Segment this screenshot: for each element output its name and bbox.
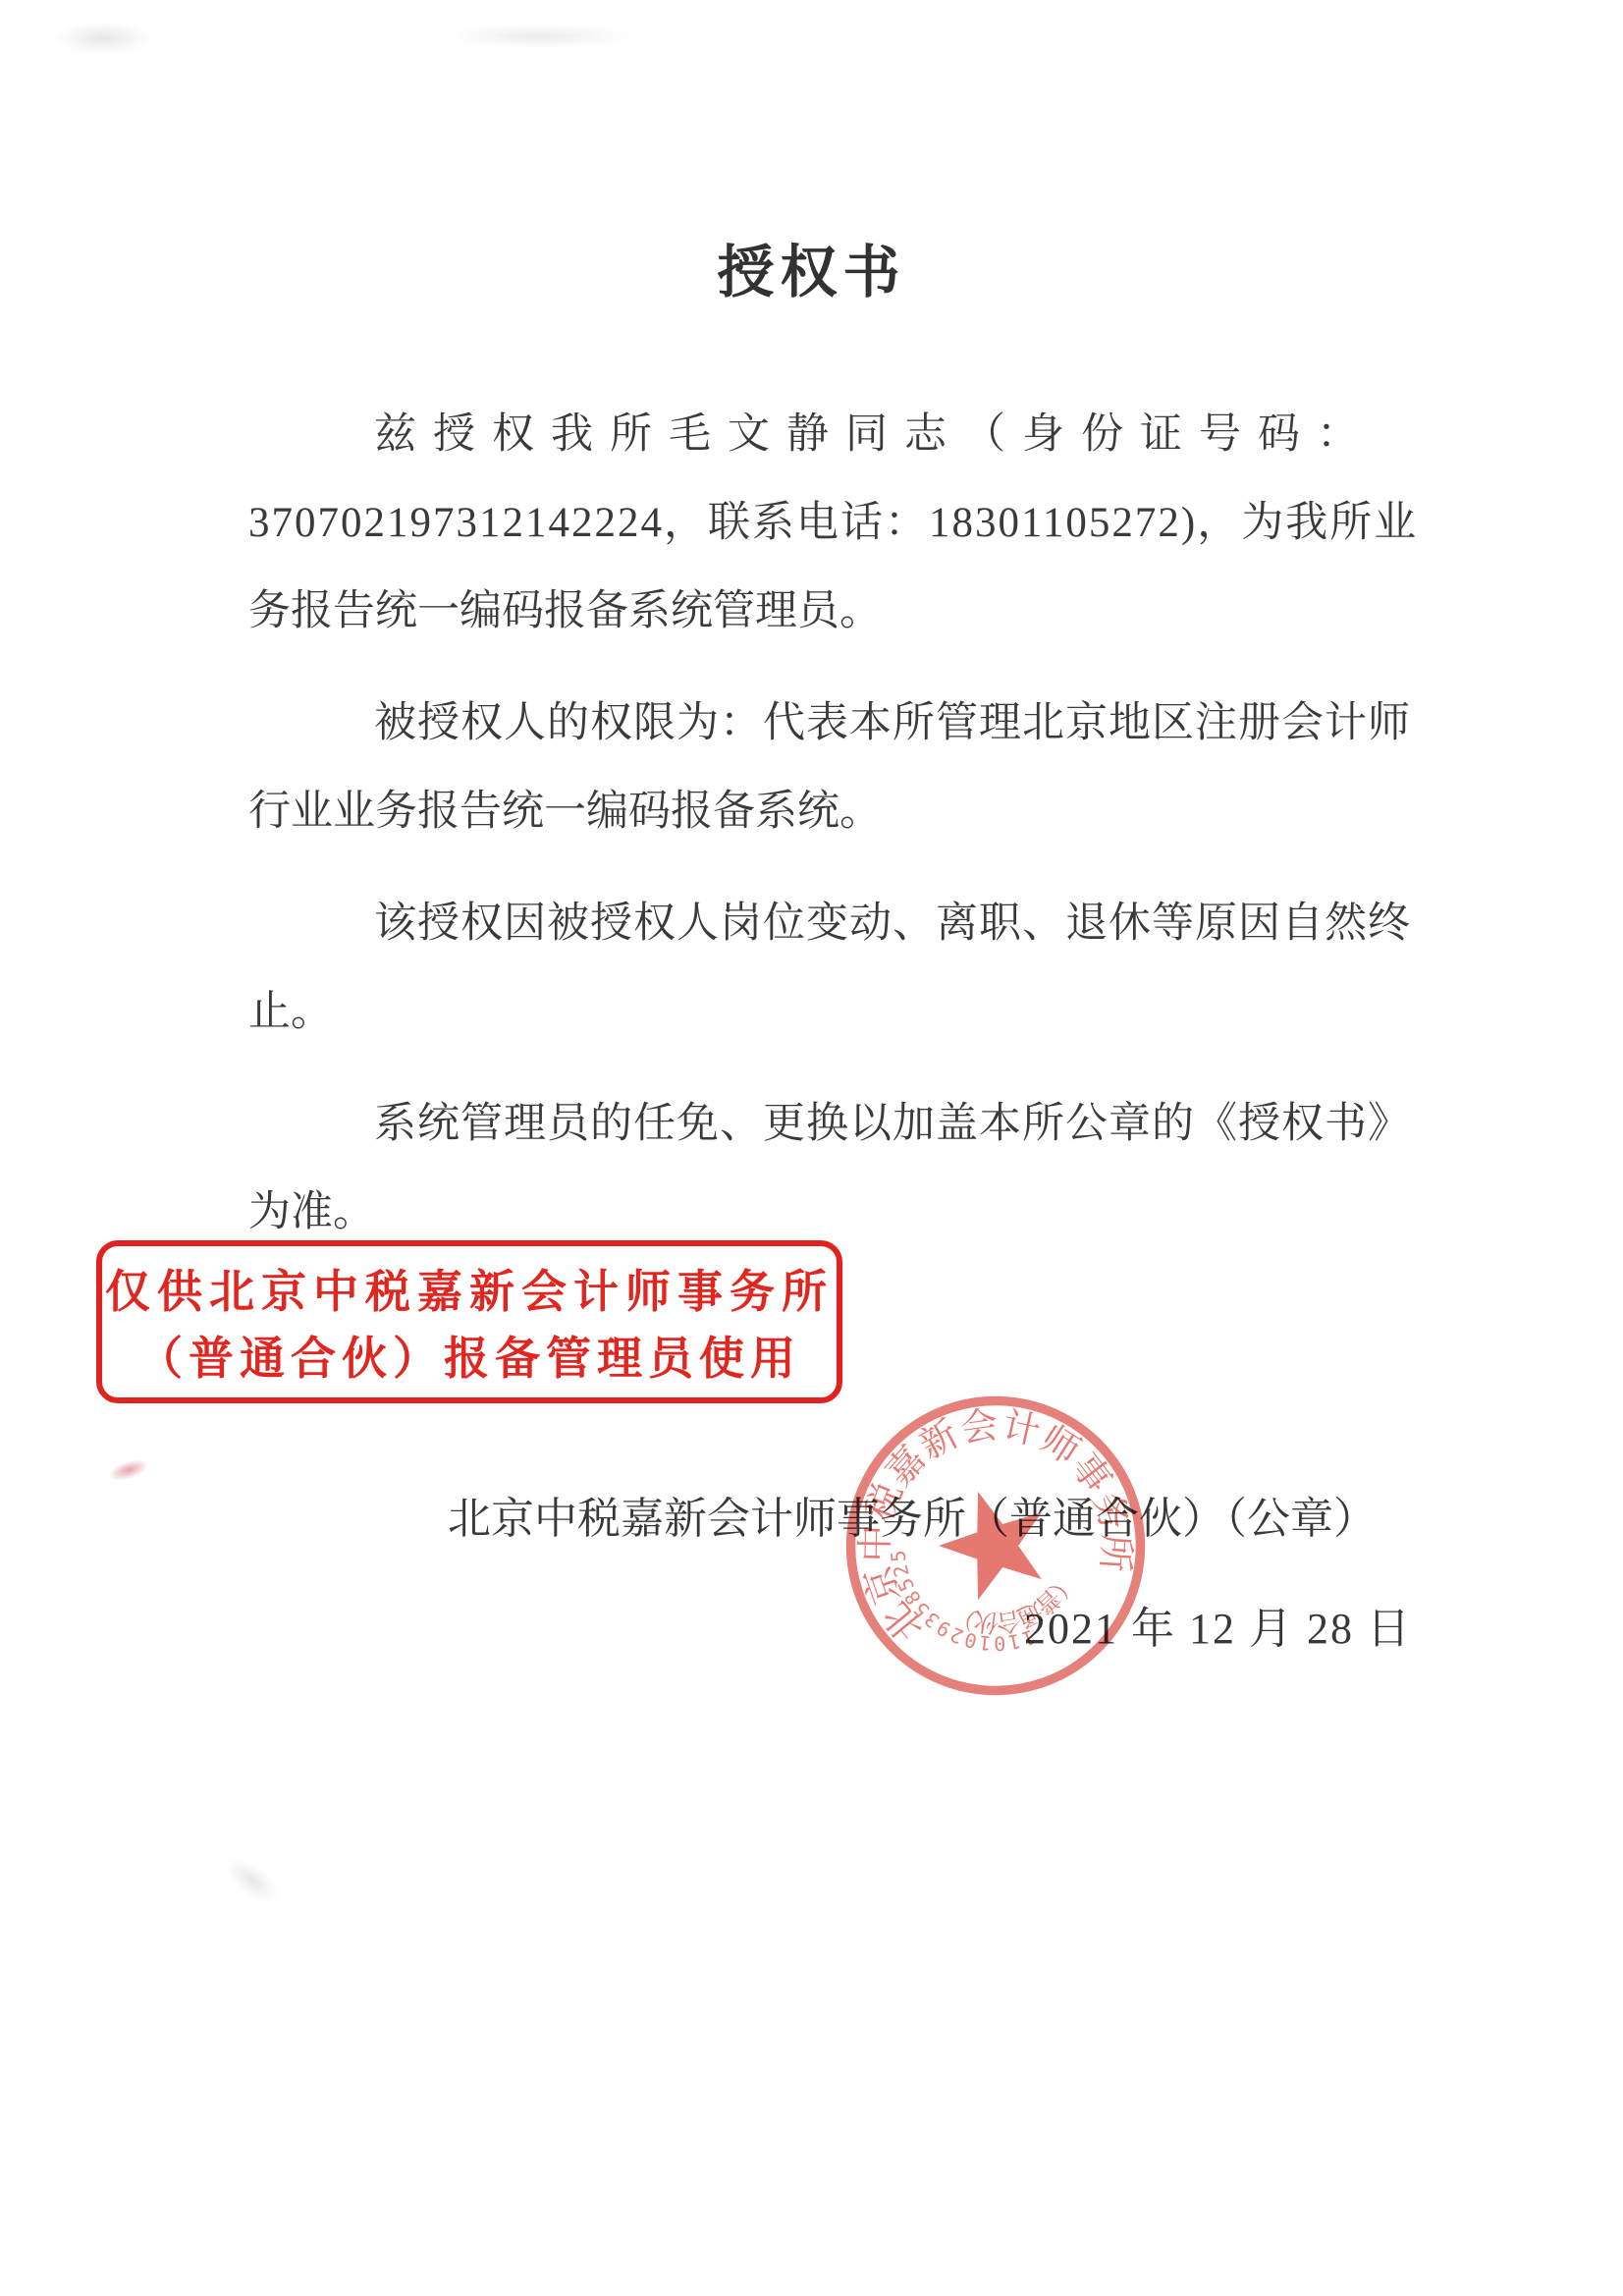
seal-star xyxy=(927,1475,1061,1607)
body-line: 止。 xyxy=(248,968,1380,1057)
company-seal: 北京中税嘉新会计师事务所 （普通合伙） 1101029358525 xyxy=(800,1350,1191,1741)
body-line: 行业业务报告统一编码报备系统。 xyxy=(248,768,1380,856)
scan-artifact-pink-smudge xyxy=(106,1455,151,1485)
body-line: 370702197312142224，联系电话：18301105272)，为我所… xyxy=(248,479,1380,568)
scan-artifact-gray-smudge xyxy=(219,1849,287,1911)
stamp-box-line: 仅供北京中税嘉新会计师事务所 xyxy=(102,1260,837,1325)
body-line: 兹授权我所毛文静同志（身份证号码： xyxy=(248,391,1380,479)
red-restriction-stamp-box: 仅供北京中税嘉新会计师事务所 （普通合伙）报备管理员使用 xyxy=(96,1240,842,1403)
document-page: 授权书 兹授权我所毛文静同志（身份证号码： 370702197312142224… xyxy=(0,0,1623,2296)
scan-artifact-top-smudge xyxy=(447,24,633,49)
body-line: 务报告统一编码报备系统管理员。 xyxy=(248,568,1380,656)
body-line: 被授权人的权限为：代表本所管理北京地区注册会计师 xyxy=(248,680,1380,768)
body-line: 系统管理员的任免、更换以加盖本所公章的《授权书》 xyxy=(248,1080,1380,1169)
body-line: 该授权因被授权人岗位变动、离职、退休等原因自然终 xyxy=(248,880,1380,968)
stamp-box-line: （普通合伙）报备管理员使用 xyxy=(102,1325,837,1394)
scan-artifact-top-smudge xyxy=(54,22,152,55)
document-body: 兹授权我所毛文静同志（身份证号码： 370702197312142224，联系电… xyxy=(248,391,1380,1257)
page-title: 授权书 xyxy=(0,226,1623,308)
